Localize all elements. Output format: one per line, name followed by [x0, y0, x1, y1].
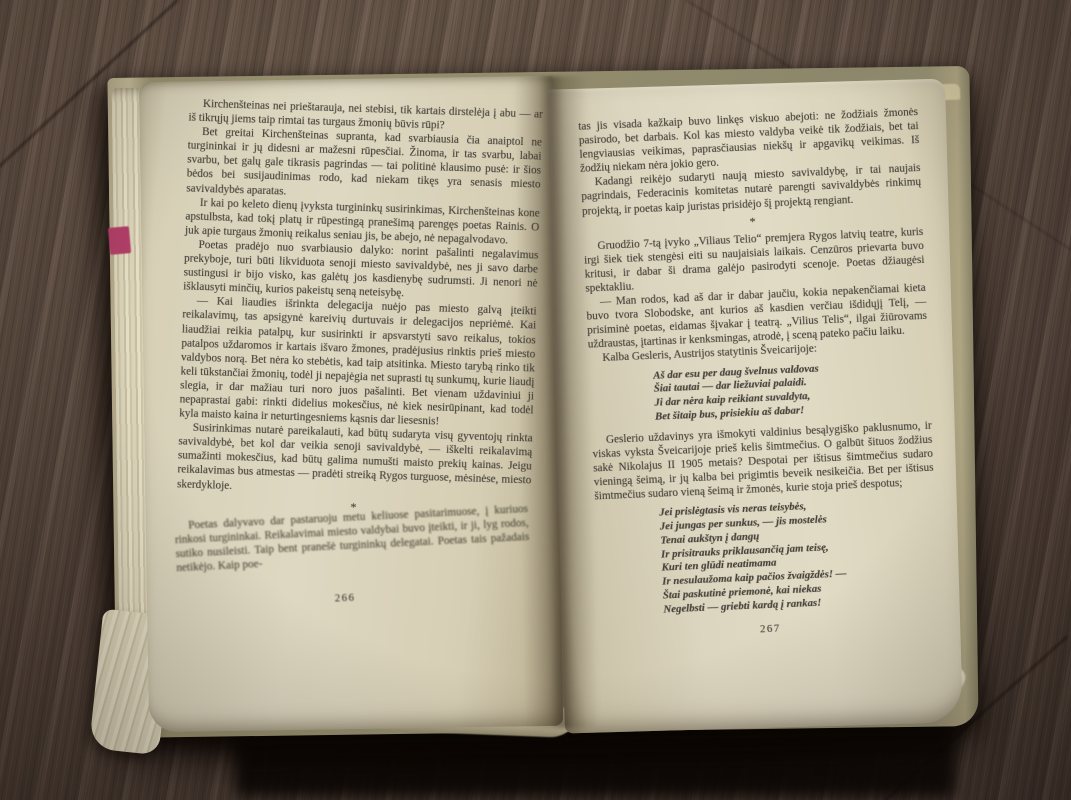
- photo-of-open-book: Kirchenšteinas nei prieštarauja, nei ste…: [0, 0, 1071, 800]
- paragraph: — Kai liaudies išrinkta delegacija nuėjo…: [179, 294, 537, 432]
- paragraph: Susirinkimas nutarė pareikalauti, kad bū…: [177, 421, 533, 503]
- right-page-text: tas jis visada kažkaip buvo linkęs visku…: [578, 105, 941, 643]
- paragraph: Bet greitai Kirchenšteinas supranta, kad…: [186, 125, 542, 207]
- page-number-left: 266: [168, 584, 522, 613]
- paragraph: Poetas dalyvavo dar pastaruoju metu keli…: [174, 502, 530, 576]
- verse-quote: Aš dar esu per daug švelnus valdovasŠiai…: [653, 357, 931, 424]
- paragraph: Geslerio uždavinys yra išmokyti valdiniu…: [592, 418, 935, 503]
- right-page: tas jis visada kažkaip buvo linkęs visku…: [547, 79, 963, 734]
- book-gutter-shadow: [512, 75, 599, 728]
- verse-quote: Jei prislėgtasis vis neras teisybės,Jei …: [659, 495, 940, 617]
- page-number-right: 267: [600, 614, 940, 643]
- left-page-text: Kirchenšteinas nei prieštarauja, nei ste…: [174, 97, 543, 603]
- left-page: Kirchenšteinas nei prieštarauja, nei ste…: [139, 76, 563, 732]
- red-bookmark-tab-left: [108, 226, 131, 255]
